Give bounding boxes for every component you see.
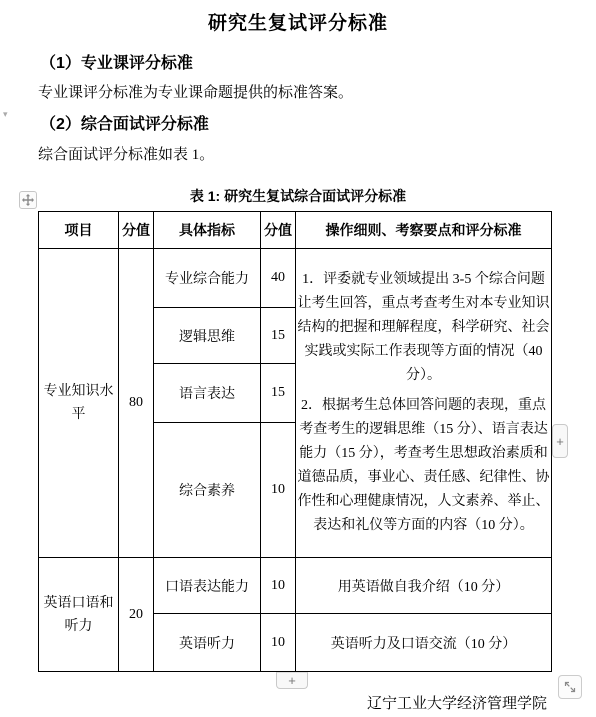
outline-collapse-icon[interactable]: ▾: [3, 110, 8, 120]
cell-indicator-2: 逻辑思维: [154, 308, 261, 364]
table-caption: 表 1: 研究生复试综合面试评分标准: [0, 186, 596, 206]
insert-column-button[interactable]: +: [552, 424, 568, 458]
cell-indicator-score-3: 15: [261, 364, 296, 423]
section-2-heading: （2）综合面试评分标准: [40, 111, 209, 134]
cell-indicator-1: 专业综合能力: [154, 249, 261, 308]
insert-row-button[interactable]: +: [276, 672, 308, 689]
section-1-body: 专业课评分标准为专业课命题提供的标准答案。: [38, 81, 353, 102]
section-1-heading: （1）专业课评分标准: [40, 50, 193, 73]
cell-indicator-5: 口语表达能力: [154, 558, 261, 614]
col-header-criteria: 操作细则、考察要点和评分标准: [296, 212, 552, 249]
cell-indicator-4: 综合素养: [154, 423, 261, 558]
cell-score-group-2: 20: [119, 558, 154, 672]
cell-indicator-score-1: 40: [261, 249, 296, 308]
criteria-paragraph-1: 1．评委就专业领域提出 3-5 个综合问题让考生回答，重点考查考生对本专业知识结…: [296, 268, 551, 388]
table-resize-handle[interactable]: [558, 675, 582, 699]
cell-criteria-6: 英语听力及口语交流（10 分）: [296, 614, 552, 672]
cell-criteria-group-1: 1．评委就专业领域提出 3-5 个综合问题让考生回答，重点考查考生对本专业知识结…: [296, 249, 552, 558]
plus-icon: +: [556, 434, 564, 449]
cell-score-group-1: 80: [119, 249, 154, 558]
table-move-handle[interactable]: [19, 191, 37, 209]
col-header-project: 项目: [39, 212, 119, 249]
section-2-body: 综合面试评分标准如表 1。: [38, 143, 214, 164]
cell-indicator-score-6: 10: [261, 614, 296, 672]
cell-project-group-2: 英语口语和听力: [39, 558, 119, 672]
cell-criteria-5: 用英语做自我介绍（10 分）: [296, 558, 552, 614]
diagonal-resize-icon: [563, 680, 577, 694]
scoring-table: 项目 分值 具体指标 分值 操作细则、考察要点和评分标准 专业知识水平 80 专…: [38, 211, 552, 672]
col-header-indicator: 具体指标: [154, 212, 261, 249]
cell-indicator-3: 语言表达: [154, 364, 261, 423]
cell-indicator-score-4: 10: [261, 423, 296, 558]
col-header-score-2: 分值: [261, 212, 296, 249]
document-title: 研究生复试评分标准: [0, 8, 596, 35]
criteria-paragraph-2: 2．根据考生总体回答问题的表现，重点考查考生的逻辑思维（15 分）、语言表达能力…: [296, 394, 551, 538]
cell-indicator-6: 英语听力: [154, 614, 261, 672]
move-cross-icon: [22, 194, 34, 206]
cell-indicator-score-2: 15: [261, 308, 296, 364]
footer-text: 辽宁工业大学经济管理学院: [367, 692, 547, 713]
plus-icon: +: [288, 673, 296, 688]
col-header-score-1: 分值: [119, 212, 154, 249]
document-page: 研究生复试评分标准 （1）专业课评分标准 专业课评分标准为专业课命题提供的标准答…: [0, 0, 596, 717]
cell-project-group-1: 专业知识水平: [39, 249, 119, 558]
cell-indicator-score-5: 10: [261, 558, 296, 614]
